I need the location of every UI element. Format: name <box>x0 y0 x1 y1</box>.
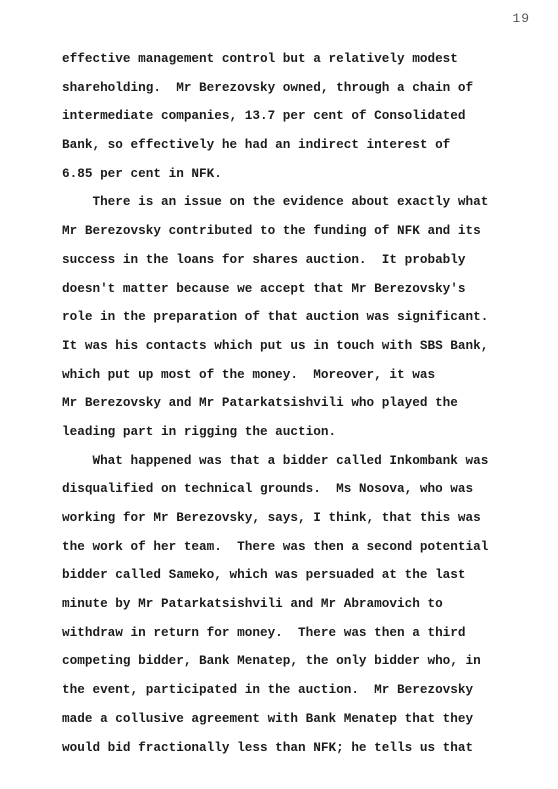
text-line: success in the loans for shares auction.… <box>62 246 538 275</box>
text-line: What happened was that a bidder called I… <box>62 447 538 476</box>
text-line: would bid fractionally less than NFK; he… <box>62 734 538 763</box>
text-line: withdraw in return for money. There was … <box>62 619 538 648</box>
text-line: Mr Berezovsky and Mr Patarkatsishvili wh… <box>62 389 538 418</box>
text-line: bidder called Sameko, which was persuade… <box>62 561 538 590</box>
text-line: There is an issue on the evidence about … <box>62 188 538 217</box>
text-line: It was his contacts which put us in touc… <box>62 332 538 361</box>
text-line: leading part in rigging the auction. <box>62 418 538 447</box>
document-body: effective management control but a relat… <box>62 45 538 762</box>
text-line: Bank, so effectively he had an indirect … <box>62 131 538 160</box>
text-line: shareholding. Mr Berezovsky owned, throu… <box>62 74 538 103</box>
page-number: 19 <box>512 11 530 26</box>
text-line: effective management control but a relat… <box>62 45 538 74</box>
text-line: the work of her team. There was then a s… <box>62 533 538 562</box>
text-line: competing bidder, Bank Menatep, the only… <box>62 647 538 676</box>
text-line: role in the preparation of that auction … <box>62 303 538 332</box>
document-page: 19 effective management control but a re… <box>0 0 558 789</box>
text-line: which put up most of the money. Moreover… <box>62 361 538 390</box>
text-line: intermediate companies, 13.7 per cent of… <box>62 102 538 131</box>
text-line: Mr Berezovsky contributed to the funding… <box>62 217 538 246</box>
text-line: made a collusive agreement with Bank Men… <box>62 705 538 734</box>
text-line: doesn't matter because we accept that Mr… <box>62 275 538 304</box>
text-line: disqualified on technical grounds. Ms No… <box>62 475 538 504</box>
text-line: 6.85 per cent in NFK. <box>62 160 538 189</box>
text-line: working for Mr Berezovsky, says, I think… <box>62 504 538 533</box>
text-line: the event, participated in the auction. … <box>62 676 538 705</box>
text-line: minute by Mr Patarkatsishvili and Mr Abr… <box>62 590 538 619</box>
